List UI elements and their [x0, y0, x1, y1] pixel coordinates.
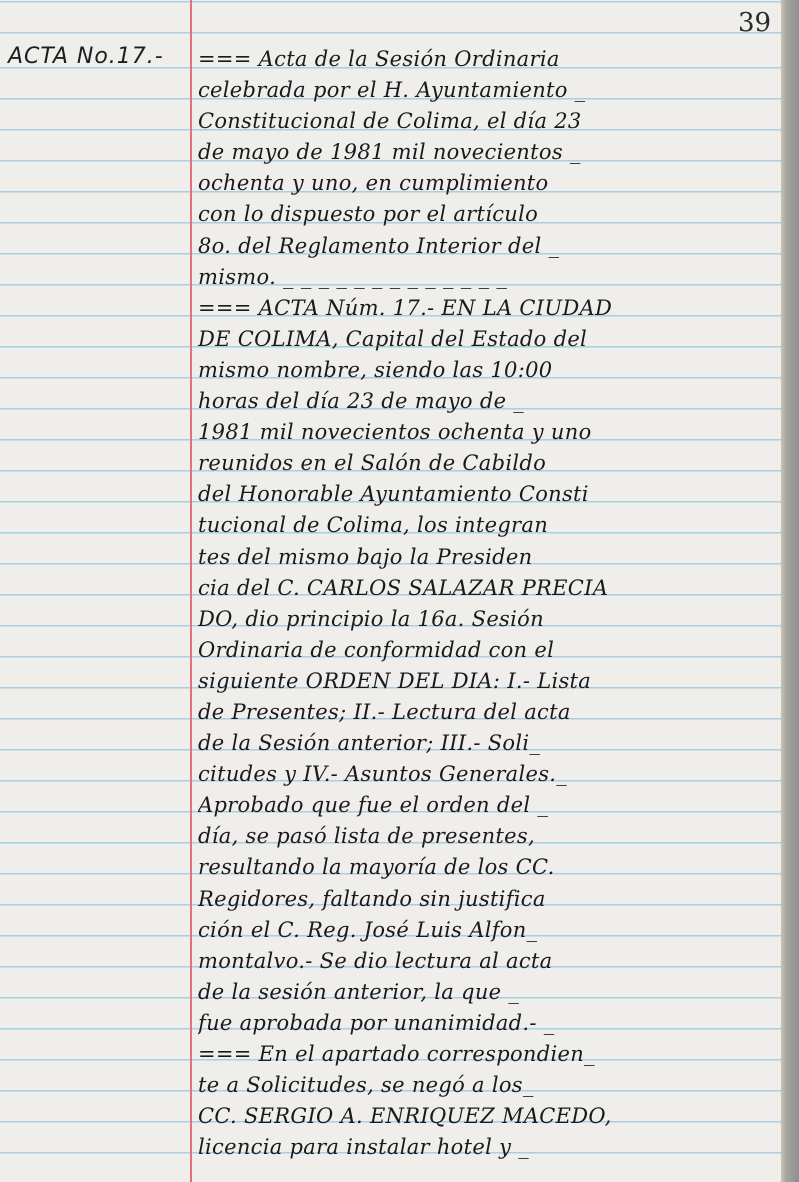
- text-line: 1981 mil novecientos ochenta y uno: [198, 417, 776, 448]
- text-line: Ordinaria de conformidad con el: [198, 635, 776, 666]
- text-line: CC. SERGIO A. ENRIQUEZ MACEDO,: [198, 1101, 776, 1132]
- text-line: ción el C. Reg. José Luis Alfon_: [198, 915, 776, 946]
- text-line: DE COLIMA, Capital del Estado del: [198, 324, 776, 355]
- text-line: horas del día 23 de mayo de _: [198, 386, 776, 417]
- text-line: DO, dio principio la 16a. Sesión: [198, 604, 776, 635]
- text-line: ochenta y uno, en cumplimiento: [198, 168, 776, 199]
- text-line: mismo nombre, siendo las 10:00: [198, 355, 776, 386]
- text-line: fue aprobada por unanimidad.- _: [198, 1008, 776, 1039]
- page-edge: [781, 0, 799, 1182]
- text-line: Constitucional de Colima, el día 23: [198, 106, 776, 137]
- text-line: cia del C. CARLOS SALAZAR PRECIA: [198, 573, 776, 604]
- handwritten-body: === Acta de la Sesión Ordinariacelebrada…: [198, 44, 776, 1163]
- text-line: licencia para instalar hotel y _: [198, 1132, 776, 1163]
- page-number: 39: [738, 8, 771, 38]
- red-margin-line: [190, 0, 192, 1182]
- notebook-page: 39 ACTA No.17.- === Acta de la Sesión Or…: [0, 0, 781, 1182]
- text-line: celebrada por el H. Ayuntamiento _: [198, 75, 776, 106]
- text-line: con lo dispuesto por el artículo: [198, 199, 776, 230]
- text-line: siguiente ORDEN DEL DIA: I.- Lista: [198, 666, 776, 697]
- text-line: del Honorable Ayuntamiento Consti: [198, 479, 776, 510]
- text-line: === Acta de la Sesión Ordinaria: [198, 44, 776, 75]
- text-line: día, se pasó lista de presentes,: [198, 821, 776, 852]
- text-line: te a Solicitudes, se negó a los_: [198, 1070, 776, 1101]
- text-line: resultando la mayoría de los CC.: [198, 852, 776, 883]
- text-line: de la sesión anterior, la que _: [198, 977, 776, 1008]
- text-line: Aprobado que fue el orden del _: [198, 790, 776, 821]
- text-line: de mayo de 1981 mil novecientos _: [198, 137, 776, 168]
- text-line: Regidores, faltando sin justifica: [198, 884, 776, 915]
- text-line: de la Sesión anterior; III.- Soli_: [198, 728, 776, 759]
- text-line: === ACTA Núm. 17.- EN LA CIUDAD: [198, 293, 776, 324]
- text-line: === En el apartado correspondien_: [198, 1039, 776, 1070]
- text-line: citudes y IV.- Asuntos Generales._: [198, 759, 776, 790]
- text-line: de Presentes; II.- Lectura del acta: [198, 697, 776, 728]
- text-line: 8o. del Reglamento Interior del _: [198, 231, 776, 262]
- text-line: tes del mismo bajo la Presiden: [198, 542, 776, 573]
- margin-heading: ACTA No.17.-: [8, 44, 164, 69]
- text-line: mismo. _ _ _ _ _ _ _ _ _ _ _ _ _: [198, 262, 776, 293]
- text-line: tucional de Colima, los integran: [198, 510, 776, 541]
- text-line: reunidos en el Salón de Cabildo: [198, 448, 776, 479]
- text-line: montalvo.- Se dio lectura al acta: [198, 946, 776, 977]
